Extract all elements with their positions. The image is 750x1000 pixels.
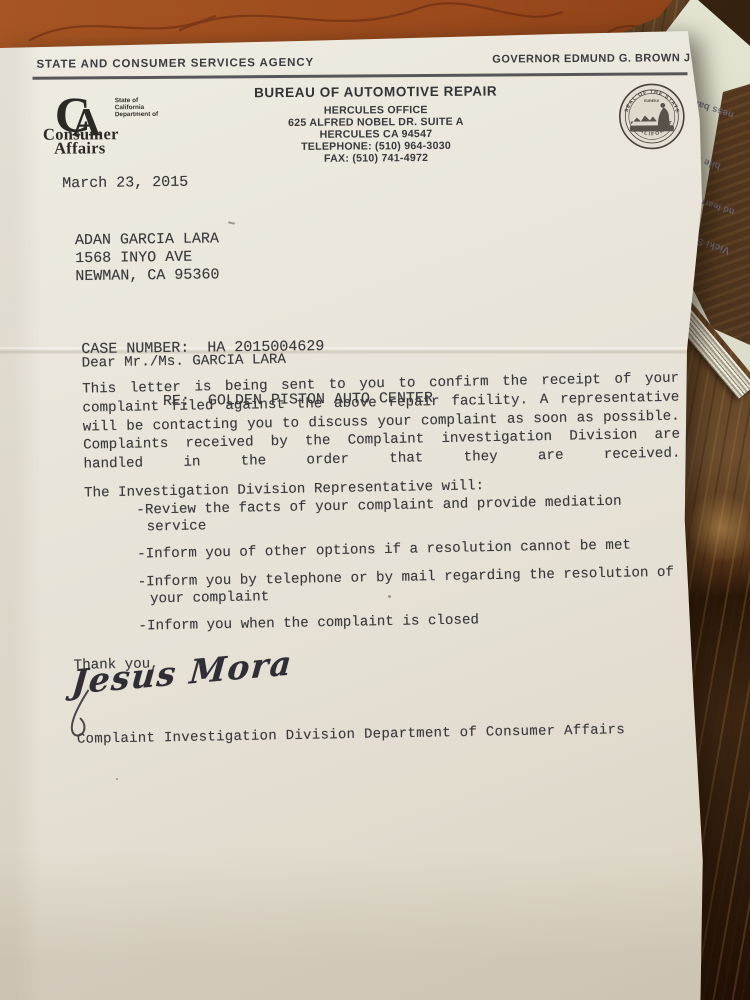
letter-paper: STATE AND CONSUMER SERVICES AGENCY GOVER… <box>0 0 750 1000</box>
handwritten-signature: Jesus Mora <box>70 659 311 735</box>
signature-text: Jesus Mora <box>70 643 294 702</box>
photo-of-letter: ness banking bile banking nd learn how w… <box>0 0 750 1000</box>
